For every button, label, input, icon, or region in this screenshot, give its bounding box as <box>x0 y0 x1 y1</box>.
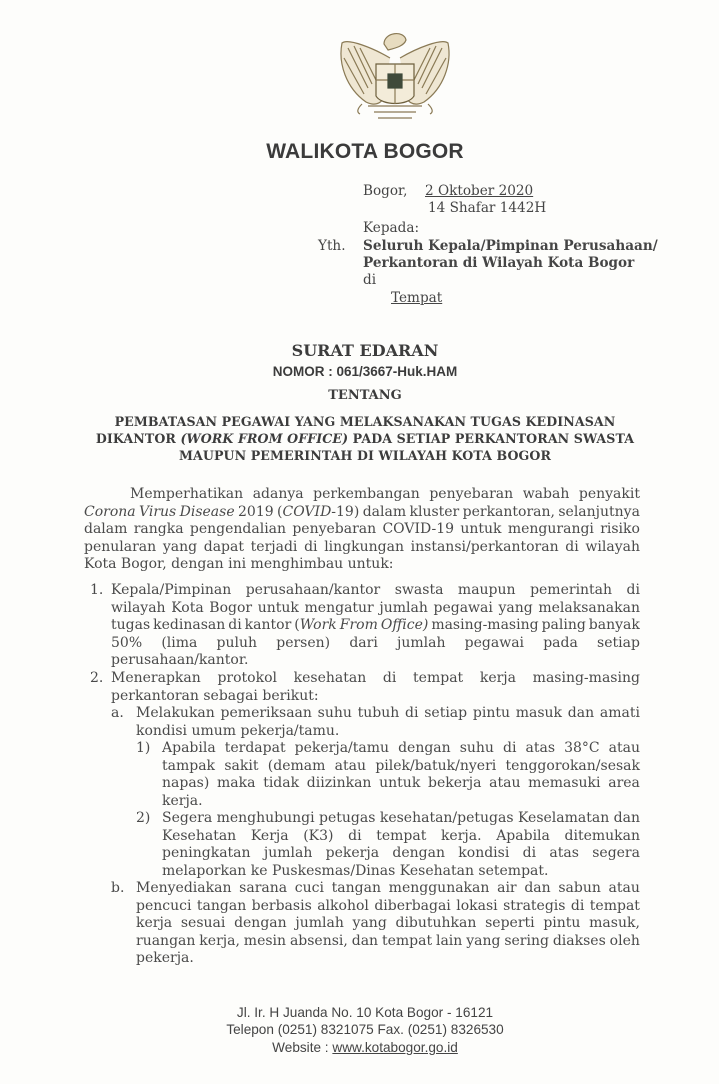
item-1-line: Kepala/Pimpinanperusahaan/kantorswastama… <box>111 582 640 600</box>
list-marker-2b: b. <box>111 880 124 898</box>
item-2a-1-line: napas)makatidakdiizinkanuntukbekerjaatau… <box>162 775 640 793</box>
item-2a-1-line: Apabilaterdapatpekerja/tamudengansuhudia… <box>162 740 640 758</box>
list-marker-2a: a. <box>111 705 124 723</box>
list-marker-2a-1: 1) <box>136 740 150 758</box>
footer-website: Website : www.kotabogor.go.id <box>0 1039 719 1056</box>
item-2b-line: pekerja. <box>136 950 194 968</box>
item-2a-2-line: peningkatanjumlahpekerjadengankondisidia… <box>162 845 640 863</box>
item-1-line: tugaskedinasandikantor(WorkFromOffice)ma… <box>111 617 640 635</box>
list-marker-2a-2: 2) <box>136 810 150 828</box>
item-2b-line: pencucitanganberbasisalkoholdiberbagailo… <box>136 898 640 916</box>
item-2a-line: kondisi umum pekerja/tamu. <box>136 723 339 741</box>
intro-paragraph-line: Memperhatikanadanyaperkembanganpenyebara… <box>130 486 640 504</box>
item-2-line: perkantoran sebagai berikut: <box>111 688 319 706</box>
footer-address: Jl. Ir. H Juanda No. 10 Kota Bogor - 161… <box>0 1004 719 1021</box>
item-2b-line: Menyediakansaranacucitanganmenggunakanai… <box>136 880 640 898</box>
list-marker-1: 1. <box>90 582 103 600</box>
item-2a-1-line: kerja. <box>162 793 203 811</box>
item-2b-line: ruangankerja,mesinabsensi,dantempatlainy… <box>136 933 640 951</box>
item-2-line: Menerapkanprotokolkesehatanditempatkerja… <box>111 670 640 688</box>
website-label: Website : <box>272 1040 332 1055</box>
item-1-line: wilayahKotaBogoruntukmengaturjumlahpegaw… <box>111 600 640 618</box>
intro-paragraph-line: Kota Bogor, dengan ini menghimbau untuk: <box>84 556 394 574</box>
item-2a-line: Melakukanpemeriksaansuhutubuhdisetiappin… <box>136 705 640 723</box>
item-1-line: 50%(limapuluhpersen)darijumlahpegawaipad… <box>111 635 640 653</box>
item-2a-2-line: melaporkan ke Puskesmas/Dinas Kesehatan … <box>162 863 548 881</box>
item-1-line: perusahaan/kantor. <box>111 652 248 670</box>
intro-paragraph-line: dalamrangkapengendalianpenyebaranCOVID-1… <box>84 521 640 539</box>
item-2a-1-line: tampaksakit(demamataupilek/batuk/nyerite… <box>162 758 640 776</box>
intro-paragraph-line: penularanyangdapatterjadidilingkunganins… <box>84 539 640 557</box>
intro-paragraph-line: CoronaVirusDisease2019(COVID-19)dalamklu… <box>84 504 640 522</box>
website-link[interactable]: www.kotabogor.go.id <box>332 1040 457 1055</box>
item-2a-2-line: KesehatanKerja(K3)ditempatkerja.Apabilad… <box>162 828 640 846</box>
item-2b-line: kerjasesuaidenganjumlahyangdibutuhkansep… <box>136 915 640 933</box>
footer-phone: Telepon (0251) 8321075 Fax. (0251) 83265… <box>0 1021 719 1038</box>
letter-body: Memperhatikanadanyaperkembanganpenyebara… <box>0 0 719 1000</box>
item-2a-2-line: Segeramenghubungipetugaskesehatan/petuga… <box>162 810 640 828</box>
list-marker-2: 2. <box>90 670 103 688</box>
letterhead-footer: Jl. Ir. H Juanda No. 10 Kota Bogor - 161… <box>0 1004 719 1056</box>
